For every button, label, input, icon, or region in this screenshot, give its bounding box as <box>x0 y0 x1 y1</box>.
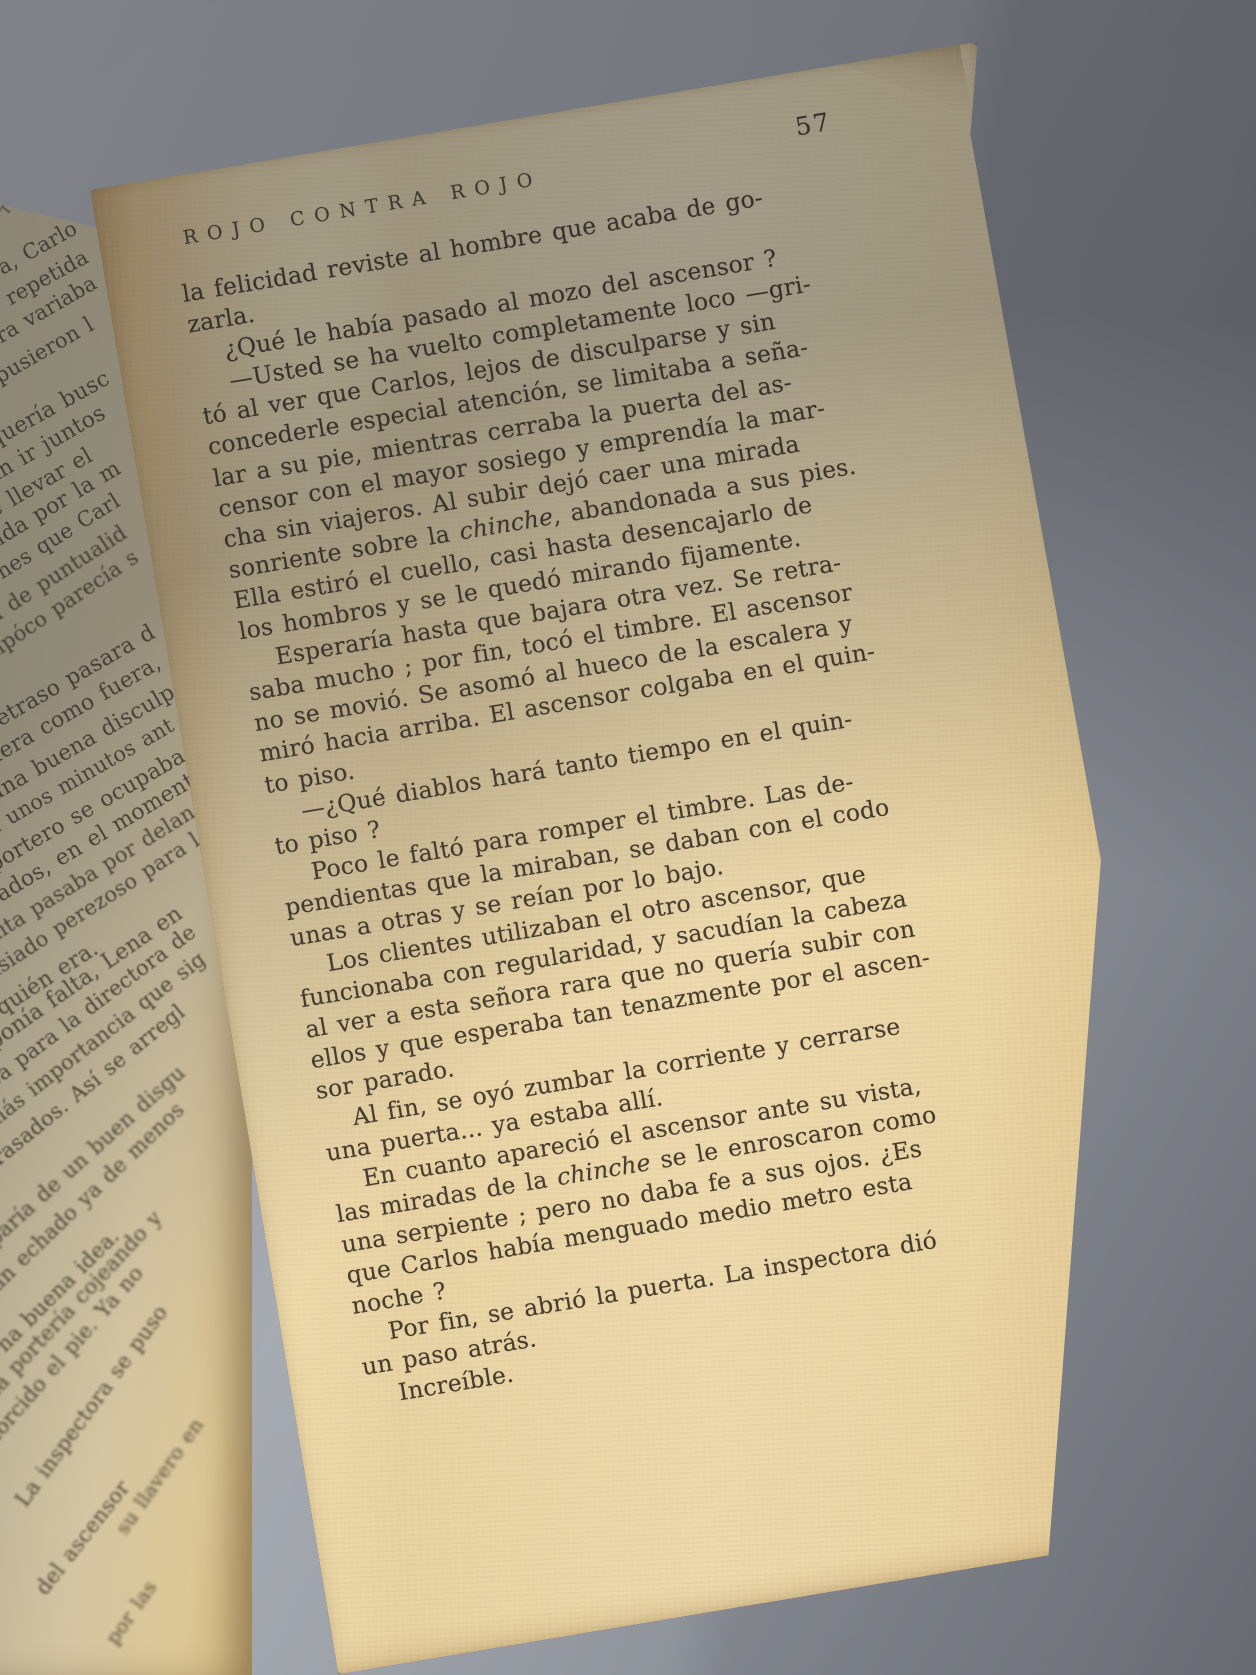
left-page-text-fragment: su llavero en <box>110 1413 208 1539</box>
page-number: 57 <box>793 107 833 142</box>
right-page: ROJO CONTRA ROJO 57 la felicidad reviste… <box>90 41 1226 1674</box>
book-photo: TBACHra, Carloó repetidaora variabapusie… <box>0 0 1256 1675</box>
page-corner-fold <box>842 44 972 133</box>
left-page-text-fragment: la portería cojeando y <box>0 1206 167 1400</box>
left-page-text-fragment: del ascensor <box>31 1476 135 1600</box>
left-page-text-fragment: por las <box>100 1576 161 1649</box>
page-text: la felicidad reviste al hombre que acaba… <box>180 169 1029 1414</box>
left-page-text-fragment: TBACH <box>0 155 52 219</box>
